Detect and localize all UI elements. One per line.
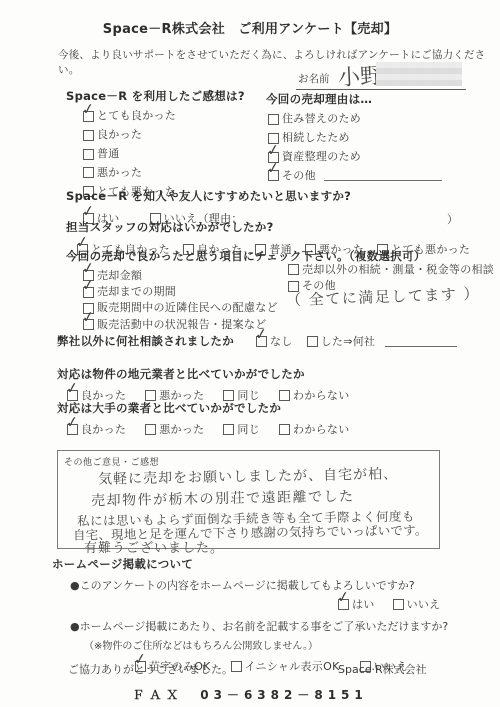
checkbox: ✓ xyxy=(256,336,267,347)
question-other-firms-label: 弊社以外に何社相談されましたか xyxy=(57,333,234,349)
option-shita-nansha: ✓した⇒何社 xyxy=(307,333,376,349)
check-mark-icon: ✓ xyxy=(81,309,96,326)
check-mark-icon: ✓ xyxy=(254,326,269,343)
handwritten-comment-line-5: 有難うございました。 xyxy=(84,537,224,556)
option-sumikae: ✓住み替えのため xyxy=(268,110,361,128)
option-hp-iie: ✓いいえ xyxy=(393,596,441,612)
blank-underline xyxy=(324,170,442,181)
checkbox: ✓ xyxy=(268,170,279,181)
checkbox: ✓ xyxy=(83,319,94,330)
homepage-name-question: ●ホームページ掲載にあたり、お名前を記載する事をご了承いただけますか? xyxy=(70,618,472,634)
option-sonota: ✓その他 xyxy=(268,167,442,185)
checkbox: ✓ xyxy=(279,424,290,435)
form-title: Space－R株式会社 ご利用アンケート【売却】 xyxy=(103,22,397,37)
homepage-section: ホームページ掲載について ●このアンケートの内容をホームページに掲載してもよろし… xyxy=(52,556,472,674)
option-major-warukatta: ✓悪かった xyxy=(145,421,204,437)
option-baikyaku-kikan: ✓売却までの期間 xyxy=(83,284,176,300)
option-totemo-yokatta: ✓とても良かった xyxy=(83,107,176,125)
check-mark-icon: ✓ xyxy=(266,161,281,178)
option-joukyou-houkoku: ✓販売活動中の状況報告・提案など xyxy=(83,317,267,333)
option-major-wakaranai: ✓わからない xyxy=(279,421,350,437)
blank-underline xyxy=(385,336,457,347)
question-sale-reason: 今回の売却理由は… ✓住み替えのため ✓相続したため ✓資産整理のため ✓その他 xyxy=(266,91,442,186)
checkbox: ✓ xyxy=(67,390,78,401)
check-mark-icon: ✓ xyxy=(81,261,96,278)
name-field: お名前 小野 xyxy=(296,58,466,90)
checkbox: ✓ xyxy=(279,390,290,401)
option-major-onaji: ✓同じ xyxy=(223,421,260,437)
footer-fax-number: ＦＡＸ 03－6382－8151 xyxy=(0,686,500,703)
option-hp-hai: ✓はい xyxy=(338,596,375,612)
checkbox: ✓ xyxy=(223,424,234,435)
option-yokatta: ✓良かった xyxy=(83,126,142,144)
question-good-points: 今回の売却で良かったと思う項目にチェック下さい。（複数選択可） ✓売却金額 ✓売… xyxy=(66,248,466,333)
check-mark-icon: ✓ xyxy=(81,203,96,220)
checkbox: ✓ xyxy=(338,599,349,610)
question-vs-local-label: 対応は物件の地元業者と比べていかがでしたか xyxy=(57,366,350,382)
question-recommend-label: Space－R を知人や友人にすすめたいと思いますか? xyxy=(66,188,458,204)
option-kinrin-hairyo: ✓販売期間中の近隣住民への配慮など xyxy=(83,300,278,316)
option-warukatta: ✓悪かった xyxy=(83,164,142,182)
footer-company: Space·R株式会社 xyxy=(338,661,427,677)
option-shisan-seiri: ✓資産整理のため xyxy=(268,148,361,166)
question-vs-local: 対応は物件の地元業者と比べていかがでしたか ✓良かった ✓悪かった ✓同じ ✓わ… xyxy=(57,366,350,403)
option-initial-ok: ✓イニシャル表示OK xyxy=(231,658,340,674)
checkbox: ✓ xyxy=(145,424,156,435)
question-staff-label: 担当スタッフの対応はいかがでしたか? xyxy=(66,219,470,235)
checkbox: ✓ xyxy=(223,390,234,401)
checkbox: ✓ xyxy=(393,599,404,610)
checkbox: ✓ xyxy=(145,390,156,401)
checkbox: ✓ xyxy=(307,336,318,347)
checkbox: ✓ xyxy=(83,111,94,122)
checkbox: ✓ xyxy=(83,167,94,178)
checkbox: ✓ xyxy=(83,130,94,141)
checkbox: ✓ xyxy=(83,149,94,160)
option-soudan: ✓売却以外の相続・測量・税金等の相談 xyxy=(288,262,494,278)
question-vs-major-label: 対応は大手の業者と比べていかがでしたか xyxy=(57,400,350,416)
checkbox: ✓ xyxy=(288,264,299,275)
option-major-yokatta: ✓良かった xyxy=(67,421,126,437)
check-mark-icon: ✓ xyxy=(266,142,281,159)
check-mark-icon: ✓ xyxy=(336,589,351,606)
option-futsuu: ✓普通 xyxy=(83,145,120,163)
name-label: お名前 xyxy=(298,71,330,86)
comments-box-label: その他ご意見・ご感想 xyxy=(64,455,159,468)
check-mark-icon: ✓ xyxy=(81,277,96,294)
option-nashi: ✓なし xyxy=(256,333,293,349)
question-sale-reason-label: 今回の売却理由は… xyxy=(266,91,442,107)
homepage-publish-question: ●このアンケートの内容をホームページに掲載してもよろしいですか? xyxy=(70,577,472,593)
check-mark-icon: ✓ xyxy=(65,380,80,397)
checkbox: ✓ xyxy=(67,424,78,435)
question-impression: Space－R を利用したご感想は? ✓とても良かった ✓良かった ✓普通 ✓悪… xyxy=(66,88,245,202)
homepage-section-label: ホームページ掲載について xyxy=(52,556,472,572)
check-mark-icon: ✓ xyxy=(65,414,80,431)
check-mark-icon: ✓ xyxy=(81,101,96,118)
footer-thanks: ご協力ありがとうございました。 xyxy=(68,661,233,677)
checkbox: ✓ xyxy=(83,287,94,298)
handwritten-comment-line-2: 売却物件が栃木の別荘で遠距離でした xyxy=(91,486,355,511)
option-souzoku: ✓相続したため xyxy=(268,129,350,147)
survey-form-scan: Space－R株式会社 ご利用アンケート【売却】 今後、より良いサポートをさせて… xyxy=(0,0,500,707)
name-redaction-blur xyxy=(376,62,462,86)
checkbox: ✓ xyxy=(268,114,279,125)
question-other-firms: 弊社以外に何社相談されましたか ✓なし ✓した⇒何社 xyxy=(57,333,457,349)
question-vs-major: 対応は大手の業者と比べていかがでしたか ✓良かった ✓悪かった ✓同じ ✓わから… xyxy=(57,400,350,437)
comments-box: その他ご意見・ご感想 気軽に売却をお願いしましたが、自宅が柏、 売却物件が栃木の… xyxy=(57,450,440,549)
